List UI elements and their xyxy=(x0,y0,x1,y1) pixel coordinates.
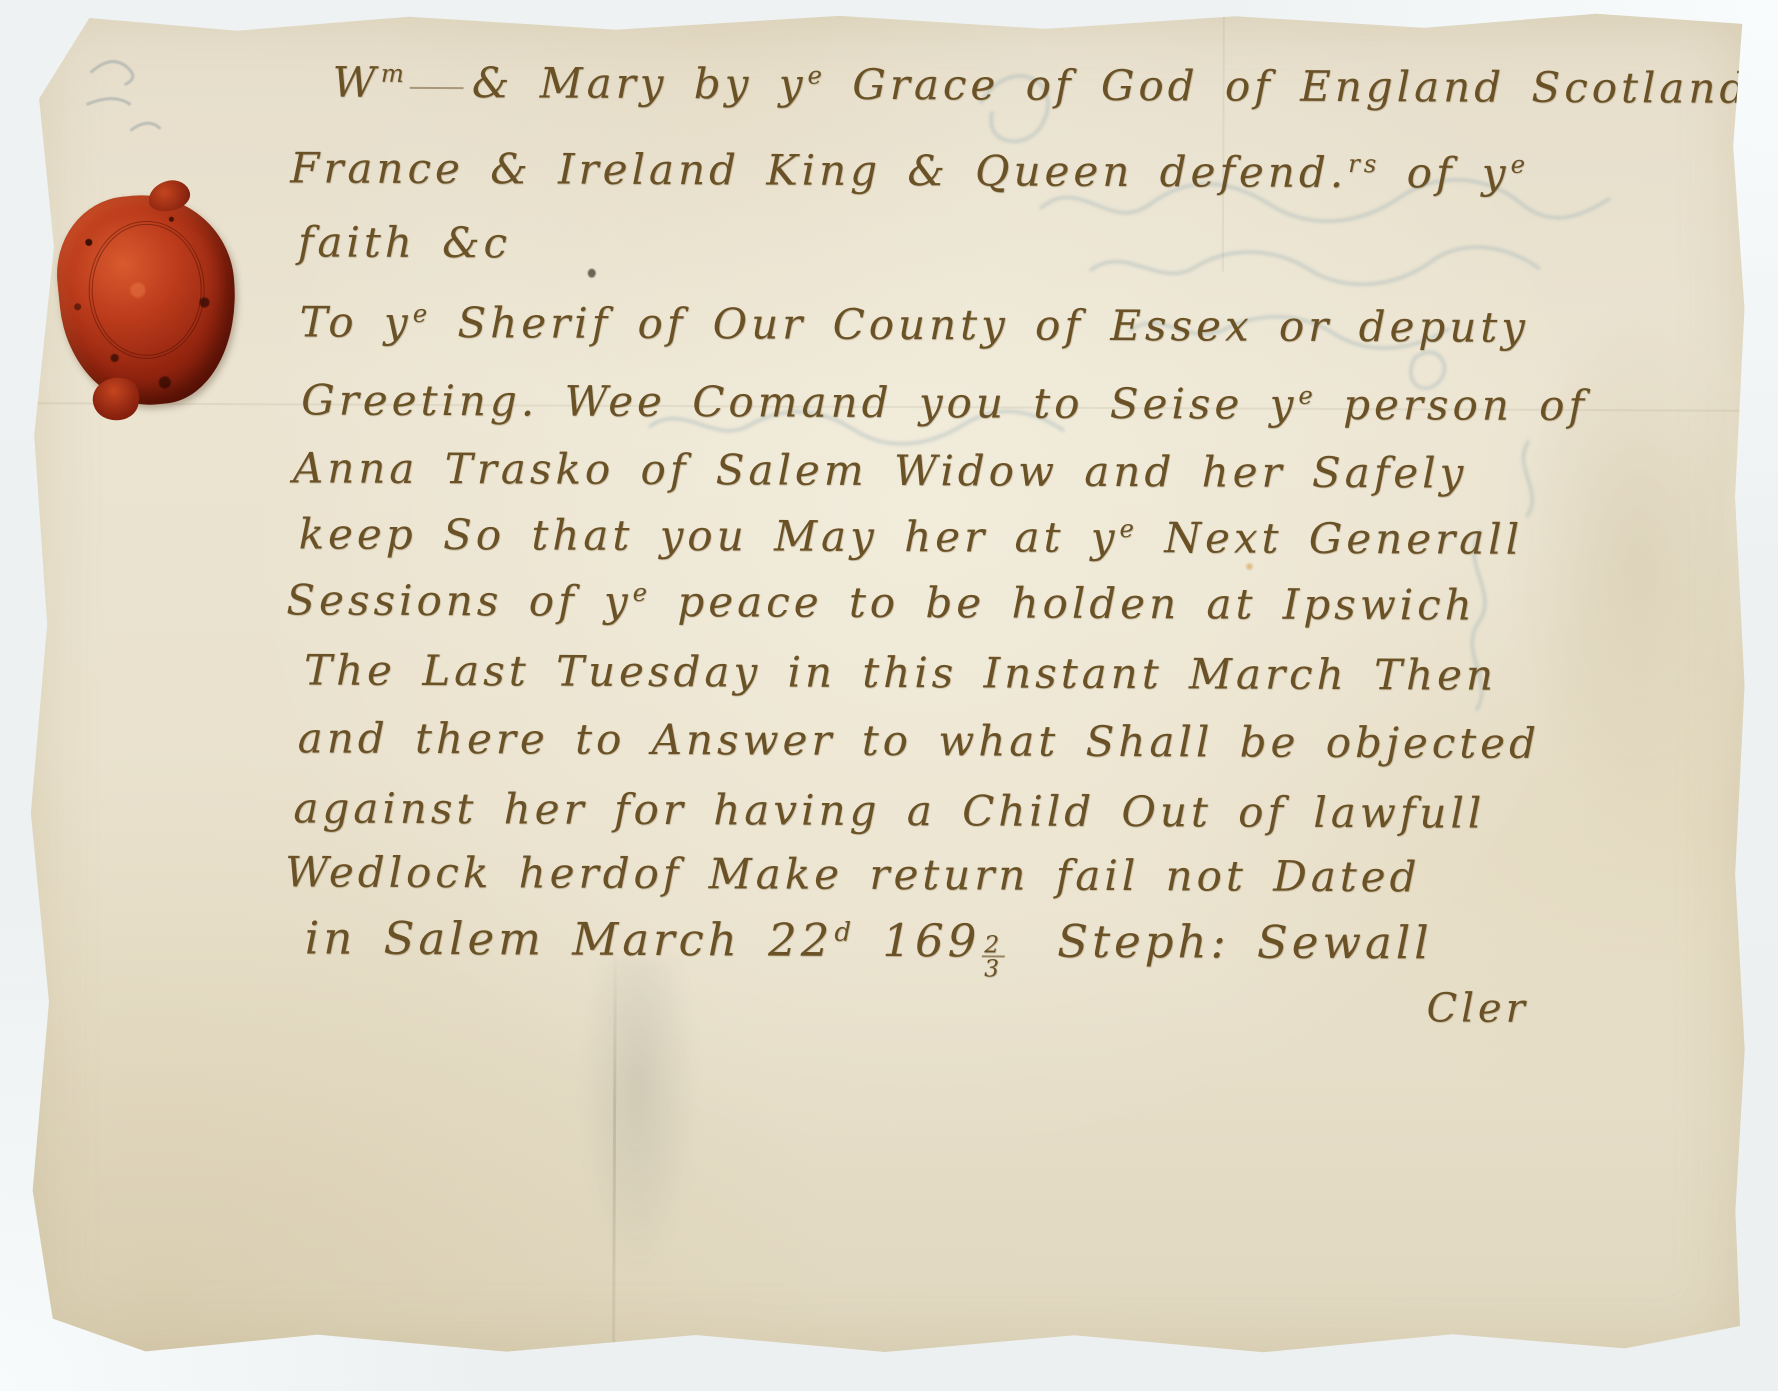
manuscript-line-5: Greeting. Wee Comand you to Seise ye per… xyxy=(301,377,1588,429)
manuscript-line-3: faith &c xyxy=(298,219,511,266)
manuscript-line-11: against her for having a Child Out of la… xyxy=(293,785,1485,836)
manuscript-line-6: Anna Trasko of Salem Widow and her Safel… xyxy=(293,445,1468,496)
scan-background: Wm& Mary by ye Grace of God of England S… xyxy=(0,0,1778,1391)
manuscript-lines: Wm& Mary by ye Grace of God of England S… xyxy=(25,4,1751,1359)
manuscript-line-2: France & Ireland King & Queen defend.rs … xyxy=(290,145,1529,197)
manuscript-line-7: keep So that you May her at ye Next Gene… xyxy=(299,511,1524,563)
manuscript-line-14: Cler xyxy=(1426,986,1528,1030)
manuscript-line-12: Wedlock herdof Make return fail not Date… xyxy=(285,849,1421,900)
manuscript-line-1: Wm& Mary by ye Grace of God of England S… xyxy=(333,60,1751,112)
manuscript-line-4: To ye Sherif of Our County of Essex or d… xyxy=(299,299,1529,351)
manuscript-line-13: in Salem March 22d 16923Steph: Sewall xyxy=(305,913,1433,981)
manuscript-line-10: and there to Answer to what Shall be obj… xyxy=(298,715,1540,767)
manuscript-line-8: Sessions of ye peace to be holden at Ips… xyxy=(286,577,1476,628)
manuscript-paper: Wm& Mary by ye Grace of God of England S… xyxy=(25,4,1751,1359)
manuscript-line-9: The Last Tuesday in this Instant March T… xyxy=(304,647,1497,698)
